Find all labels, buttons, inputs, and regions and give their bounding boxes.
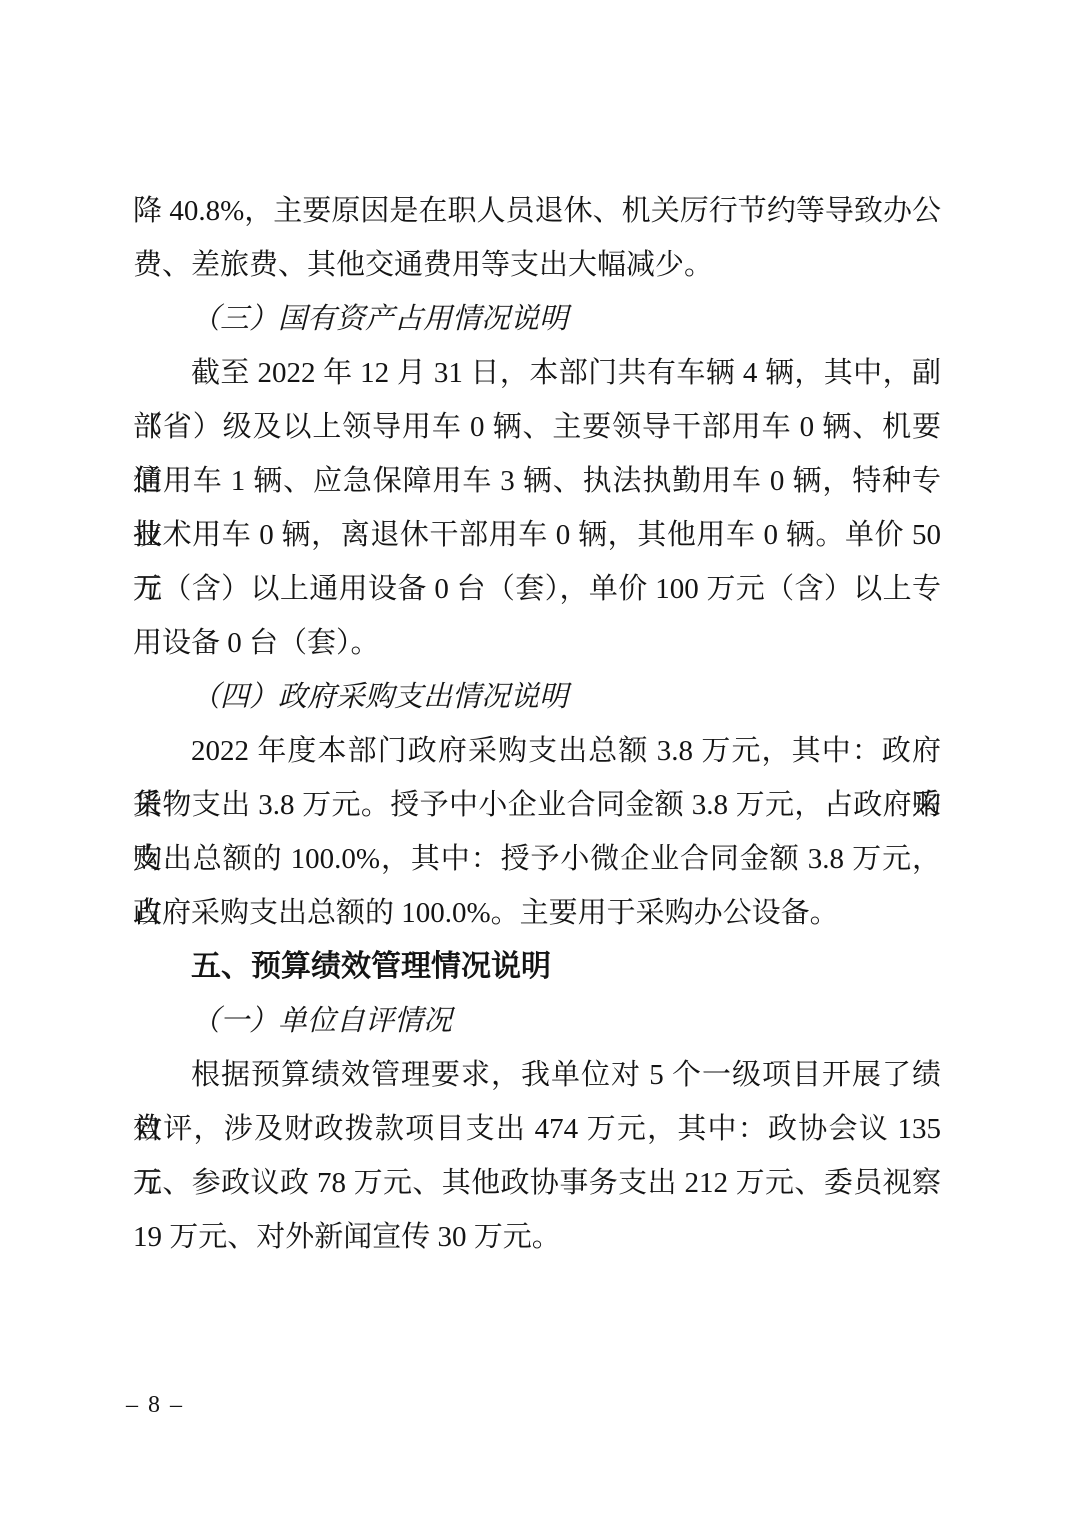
text-line: 截至 2022 年 12 月 31 日，本部门共有车辆 4 辆，其中，副部 [133, 346, 941, 400]
document-page: 降 40.8%，主要原因是在职人员退休、机关厉行节约等导致办公费、差旅费、其他交… [0, 0, 1074, 1520]
text-line: 元（含）以上通用设备 0 台（套），单价 100 万元（含）以上专 [133, 562, 941, 616]
document-body: 降 40.8%，主要原因是在职人员退休、机关厉行节约等导致办公费、差旅费、其他交… [133, 184, 941, 1264]
text-line: 政府采购支出总额的 100.0%。主要用于采购办公设备。 [133, 886, 941, 940]
text-line: 货物支出 3.8 万元。授予中小企业合同金额 3.8 万元，占政府采购 [133, 778, 941, 832]
text-line: （省）级及以上领导用车 0 辆、主要领导干部用车 0 辆、机要通 [133, 400, 941, 454]
text-line: （三）国有资产占用情况说明 [133, 292, 941, 346]
text-line: 技术用车 0 辆，离退休干部用车 0 辆，其他用车 0 辆。单价 50 万 [133, 508, 941, 562]
text-line: 五、预算绩效管理情况说明 [133, 940, 941, 994]
text-line: 2022 年度本部门政府采购支出总额 3.8 万元，其中：政府采购 [133, 724, 941, 778]
text-line: 元、参政议政 78 万元、其他政协事务支出 212 万元、委员视察 [133, 1156, 941, 1210]
text-line: 支出总额的 100.0%，其中：授予小微企业合同金额 3.8 万元，占 [133, 832, 941, 886]
text-line: 降 40.8%，主要原因是在职人员退休、机关厉行节约等导致办公 [133, 184, 941, 238]
text-line: （一）单位自评情况 [133, 994, 941, 1048]
text-line: 用设备 0 台（套）。 [133, 616, 941, 670]
text-line: 自评，涉及财政拨款项目支出 474 万元，其中：政协会议 135 万 [133, 1102, 941, 1156]
text-line: 19 万元、对外新闻宣传 30 万元。 [133, 1210, 941, 1264]
text-line: （四）政府采购支出情况说明 [133, 670, 941, 724]
page-number: – 8 – [126, 1390, 184, 1420]
text-line: 费、差旅费、其他交通费用等支出大幅减少。 [133, 238, 941, 292]
text-line: 信用车 1 辆、应急保障用车 3 辆、执法执勤用车 0 辆，特种专业 [133, 454, 941, 508]
text-line: 根据预算绩效管理要求，我单位对 5 个一级项目开展了绩效 [133, 1048, 941, 1102]
